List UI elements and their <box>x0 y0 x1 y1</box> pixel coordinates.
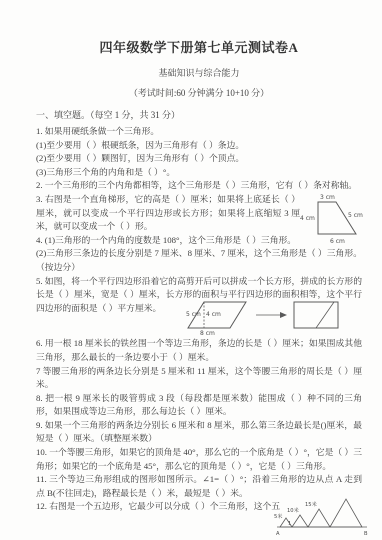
question-1-sub-2: (2)至少要用（ ）颗图钉，因为三角形有（ ）个顶点。 <box>36 152 362 166</box>
point-b-label: B <box>364 531 368 537</box>
parallelogram-to-rectangle-figure: 5 cm 4 cm 8 cm <box>186 295 340 337</box>
test-paper-page: 四年级数学下册第七单元测试卷A 基础知识与综合能力 （考试时间:60 分钟满分 … <box>0 0 382 540</box>
arrow-icon <box>280 312 287 318</box>
question-4-sub-2: (2)三角形三条边的长度分别是 7 厘米、8 厘米、7 厘米，这个三角形是（ ）… <box>36 247 362 274</box>
trapezoid-label-slant: 5 cm <box>348 212 363 219</box>
point-a-label: A <box>276 531 280 537</box>
question-1-sub-1: (1)至少要用（ ）根硬纸条，因为三角形有（ ）条边。 <box>36 139 362 153</box>
trapezoid-label-bottom: 6 cm <box>330 238 345 245</box>
parallelogram-label-base: 8 cm <box>200 330 215 337</box>
angle-1-label: 1 <box>288 521 291 527</box>
equilateral-triangles-figure: 5米 10米 15米 1 A B <box>274 490 372 538</box>
question-10: 10. 一个等腰三角形，如果它的顶角是 40°，那么它的一个底角是（ ）°，它是… <box>36 446 362 473</box>
question-1-sub-3: (3)三角形三个角的内角和是（ ）°。 <box>36 166 362 180</box>
question-5-block: 5. 如图，将一个平行四边形沿着它的高剪开后可以拼成一个长方形，拼成的长方形的长… <box>36 275 362 338</box>
triangle-label-15m: 15米 <box>305 500 318 508</box>
parallelogram-label-height: 4 cm <box>206 311 221 318</box>
trapezoid-label-left: 4 cm <box>300 215 315 222</box>
paper-title: 四年级数学下册第七单元测试卷A <box>36 37 362 56</box>
question-12-block: 12. 右图是一个五边形，它最少可以分成（ ）个三角形，这个五 5米 10米 1… <box>36 500 362 514</box>
question-8: 8. 把一根 9 厘米长的吸管剪成 3 段（每段都是厘米数）能围成（ ）种不同的… <box>36 392 362 419</box>
question-6: 6. 用一根 18 厘米长的铁丝围一个等边三角形，条边的长是（ ）厘米；如果围成… <box>36 337 362 364</box>
trapezoid-figure: 3 cm 4 cm 5 cm 6 cm <box>298 189 368 247</box>
triangle-label-5m: 5米 <box>274 512 283 520</box>
question-9: 9. 如果一个三角形的两条边分别长 6 厘米和 8 厘米，那么第三条边最长是()… <box>36 419 362 446</box>
paper-subtitle: 基础知识与综合能力 <box>36 66 362 79</box>
question-3-block: 3. 右图是一个直角梯形，它的高是（ ）厘米；如果将上底延长（ ）厘米，就可以变… <box>36 193 362 234</box>
exam-time-info: （考试时间:60 分钟满分 10+10 分） <box>36 86 362 99</box>
parallelogram-figure-area: 5 cm 4 cm 8 cm <box>36 315 362 337</box>
parallelogram-label-slant: 5 cm <box>186 311 201 318</box>
question-7: 7 等腰三角形的两条边长分别是 5 厘米和 11 厘米，这个等腰三角形的周长是（… <box>36 365 362 392</box>
triangle-label-10m: 10米 <box>287 506 300 514</box>
section-heading-fill-in-blanks: 一、填空题。（每空 1 分，共 31 分） <box>36 108 362 121</box>
question-1: 1. 如果用硬纸条做一个三角形。 <box>36 125 362 139</box>
trapezoid-label-top: 3 cm <box>320 194 335 201</box>
